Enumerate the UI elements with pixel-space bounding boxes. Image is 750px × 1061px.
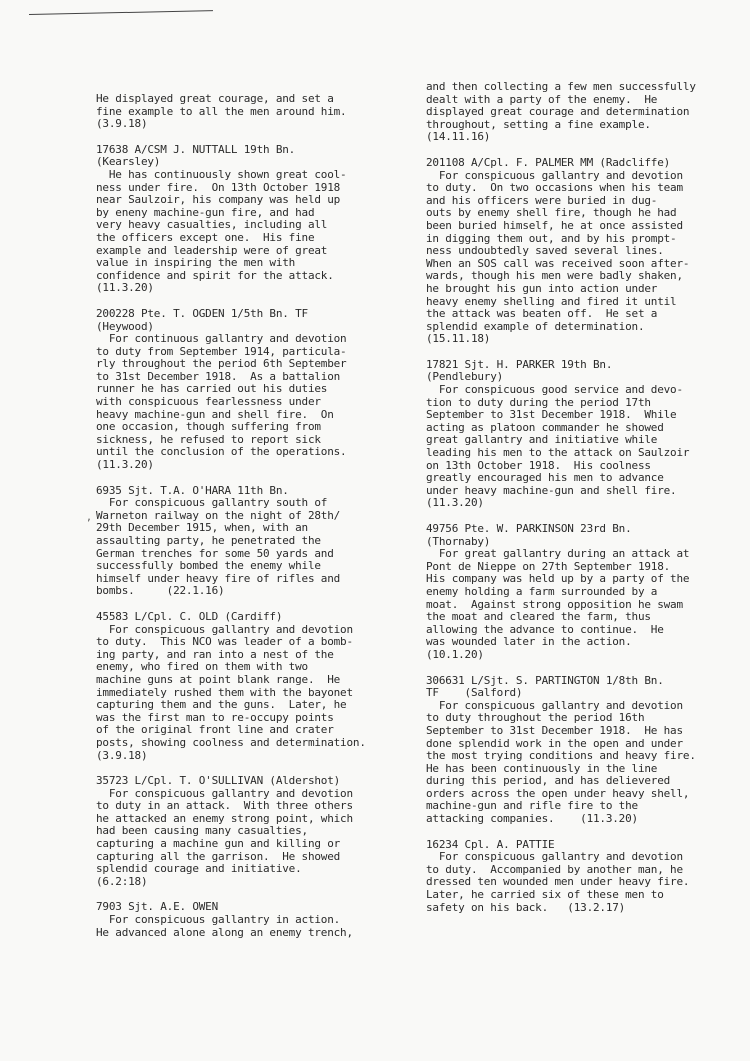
citation-text: September to 31st December 1918. He has xyxy=(426,725,750,738)
citation-text: For conspicuous good service and devo- xyxy=(426,384,750,397)
citation-text: to duty. On two occasions when his team xyxy=(426,182,750,195)
citation-text: He displayed great courage, and set a xyxy=(96,93,426,106)
top-rule-line xyxy=(29,10,213,15)
citation-text: For great gallantry during an attack at xyxy=(426,548,750,561)
citation-text: bombs. (22.1.16) xyxy=(96,585,426,598)
citation-text: (6.2:18) xyxy=(96,876,426,889)
citation-text: splendid courage and initiative. xyxy=(96,863,426,876)
citation-text: For conspicuous gallantry south of xyxy=(96,497,426,510)
citation-parker: 17821 Sjt. H. PARKER 19th Bn.(Pendlebury… xyxy=(426,359,750,510)
citation-text: (14.11.16) xyxy=(426,131,750,144)
citation-text: enemy holding a farm surrounded by a xyxy=(426,586,750,599)
citation-old: 45583 L/Cpl. C. OLD (Cardiff) For conspi… xyxy=(96,611,426,762)
citation-palmer: 201108 A/Cpl. F. PALMER MM (Radcliffe) F… xyxy=(426,157,750,346)
citation-owen: 7903 Sjt. A.E. OWEN For conspicuous gall… xyxy=(96,901,426,939)
right-column: and then collecting a few men successful… xyxy=(426,81,750,927)
citation-text: capturing them and the guns. Later, he xyxy=(96,699,426,712)
citation-text: value in inspiring the men with xyxy=(96,257,426,270)
citation-heading: 35723 L/Cpl. T. O'SULLIVAN (Aldershot) xyxy=(96,775,426,788)
citation-ogden: 200228 Pte. T. OGDEN 1/5th Bn. TF(Heywoo… xyxy=(96,308,426,472)
citation-osullivan: 35723 L/Cpl. T. O'SULLIVAN (Aldershot) F… xyxy=(96,775,426,888)
citation-text: (11.3.20) xyxy=(96,282,426,295)
citation-text: been buried himself, he at once assisted xyxy=(426,220,750,233)
citation-text: during this period, and has delievered xyxy=(426,775,750,788)
citation-text: (11.3.20) xyxy=(426,497,750,510)
citation-text: (3.9.18) xyxy=(96,118,426,131)
citation-text: the officers except one. His fine xyxy=(96,232,426,245)
stray-mark: , xyxy=(86,512,92,523)
citation-text: For continuous gallantry and devotion xyxy=(96,333,426,346)
citation-heading: 201108 A/Cpl. F. PALMER MM (Radcliffe) xyxy=(426,157,750,170)
citation-text: ness undoubtedly saved several lines. xyxy=(426,245,750,258)
citation-text: (10.1.20) xyxy=(426,649,750,662)
citation-nuttall: 17638 A/CSM J. NUTTALL 19th Bn.(Kearsley… xyxy=(96,144,426,295)
citation-text: attacking companies. (11.3.20) xyxy=(426,813,750,826)
citation-heading: 45583 L/Cpl. C. OLD (Cardiff) xyxy=(96,611,426,624)
citation-partington: 306631 L/Sjt. S. PARTINGTON 1/8th Bn.TF … xyxy=(426,675,750,826)
citation-heading: 200228 Pte. T. OGDEN 1/5th Bn. TF xyxy=(96,308,426,321)
citation-text: September to 31st December 1918. While xyxy=(426,409,750,422)
citation-text: rly throughout the period 6th September xyxy=(96,358,426,371)
citation-text: posts, showing coolness and determinatio… xyxy=(96,737,426,750)
citation-text: (15.11.18) xyxy=(426,333,750,346)
citation-text: and then collecting a few men successful… xyxy=(426,81,750,94)
citation-text: machine guns at point blank range. He xyxy=(96,674,426,687)
citation-text: the moat and cleared the farm, thus xyxy=(426,611,750,624)
citation-text: capturing a machine gun and killing or xyxy=(96,838,426,851)
citation-parkinson: 49756 Pte. W. PARKINSON 23rd Bn.(Thornab… xyxy=(426,523,750,662)
citation-text: the attack was beaten off. He set a xyxy=(426,308,750,321)
citation-continuation-left: He displayed great courage, and set afin… xyxy=(96,93,426,131)
citation-text: He advanced alone along an enemy trench, xyxy=(96,927,426,940)
citation-continuation-right: and then collecting a few men successful… xyxy=(426,81,750,144)
citation-text: successfully bombed the enemy while xyxy=(96,560,426,573)
citation-pattie: 16234 Cpl. A. PATTIE For conspicuous gal… xyxy=(426,839,750,915)
citation-heading: TF (Salford) xyxy=(426,687,750,700)
citation-text: the most trying conditions and heavy fir… xyxy=(426,750,750,763)
citation-text: For conspicuous gallantry in action. xyxy=(96,914,426,927)
citation-text: He has continuously shown great cool- xyxy=(96,169,426,182)
citation-text: one occasion, though suffering from xyxy=(96,421,426,434)
citation-text: safety on his back. (13.2.17) xyxy=(426,902,750,915)
citation-text: he brought his gun into action under xyxy=(426,283,750,296)
citation-text: assaulting party, he penetrated the xyxy=(96,535,426,548)
citation-text: displayed great courage and determinatio… xyxy=(426,106,750,119)
citation-heading: 49756 Pte. W. PARKINSON 23rd Bn. xyxy=(426,523,750,536)
citation-text: Later, he carried six of these men to xyxy=(426,889,750,902)
left-column: He displayed great courage, and set afin… xyxy=(96,93,426,952)
citation-ohara: 6935 Sjt. T.A. O'HARA 11th Bn. For consp… xyxy=(96,485,426,598)
citation-text: (3.9.18) xyxy=(96,750,426,763)
citation-text: to duty in an attack. With three others xyxy=(96,800,426,813)
citation-text: For conspicuous gallantry and devotion xyxy=(426,851,750,864)
citation-text: with conspicuous fearlessness under xyxy=(96,396,426,409)
citation-text: to duty. This NCO was leader of a bomb- xyxy=(96,636,426,649)
citation-text: leading his men to the attack on Saulzoi… xyxy=(426,447,750,460)
citation-text: (11.3.20) xyxy=(96,459,426,472)
citation-text: greatly encouraged his men to advance xyxy=(426,472,750,485)
citation-text: near Saulzoir, his company was held up xyxy=(96,194,426,207)
